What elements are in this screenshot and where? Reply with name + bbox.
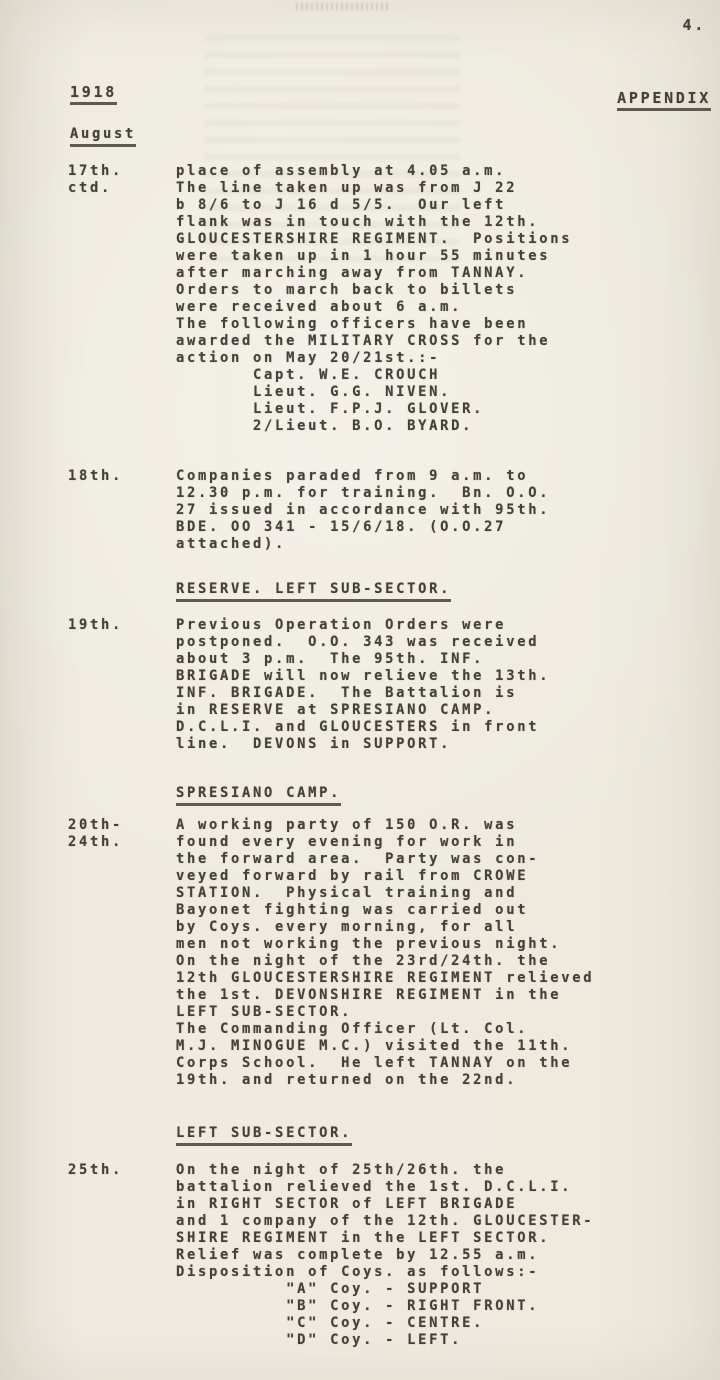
section-heading-text: LEFT SUB-SECTOR. bbox=[176, 1125, 352, 1146]
diary-entry-25th: 25th. On the night of 25th/26th. the bat… bbox=[68, 1162, 646, 1349]
section-heading-spresiano-camp: SPRESIANO CAMP. bbox=[176, 785, 341, 806]
page-number: 4. bbox=[683, 17, 706, 34]
entry-date-18th: 18th. bbox=[68, 468, 176, 485]
year-heading: 1918 bbox=[70, 84, 117, 105]
entry-body-25th: On the night of 25th/26th. the battalion… bbox=[176, 1162, 646, 1349]
entry-date-20th-24th: 20th-24th. bbox=[68, 817, 176, 851]
bleedthrough-smudge-top bbox=[296, 3, 388, 10]
appendix-heading-text: APPENDIX bbox=[617, 90, 711, 111]
diary-entry-19th: 19th. Previous Operation Orders were pos… bbox=[68, 617, 646, 753]
diary-entry-20th-24th: 20th-24th. A working party of 150 O.R. w… bbox=[68, 817, 646, 1089]
section-heading-left-sub-sector: LEFT SUB-SECTOR. bbox=[176, 1125, 352, 1146]
month-heading: August bbox=[70, 126, 136, 147]
appendix-heading: APPENDIX bbox=[617, 90, 711, 111]
month-heading-text: August bbox=[70, 126, 136, 147]
diary-entry-18th: 18th. Companies paraded from 9 a.m. to 1… bbox=[68, 468, 646, 553]
entry-body-18th: Companies paraded from 9 a.m. to 12.30 p… bbox=[176, 468, 646, 553]
entry-date-17th-ctd: 17th. ctd. bbox=[68, 163, 176, 197]
entry-body-19th: Previous Operation Orders were postponed… bbox=[176, 617, 646, 753]
war-diary-appendix-page: 4. 1918 APPENDIX August 17th. ctd. place… bbox=[0, 0, 720, 1380]
section-heading-text: SPRESIANO CAMP. bbox=[176, 785, 341, 806]
entry-body-20th-24th: A working party of 150 O.R. was found ev… bbox=[176, 817, 646, 1089]
entry-date-25th: 25th. bbox=[68, 1162, 176, 1179]
entry-body-17th-ctd: place of assembly at 4.05 a.m. The line … bbox=[176, 163, 646, 435]
section-heading-text: RESERVE. LEFT SUB-SECTOR. bbox=[176, 581, 451, 602]
entry-date-19th: 19th. bbox=[68, 617, 176, 634]
section-heading-reserve-left-sub-sector: RESERVE. LEFT SUB-SECTOR. bbox=[176, 581, 451, 602]
year-heading-text: 1918 bbox=[70, 84, 117, 105]
diary-entry-17th-ctd: 17th. ctd. place of assembly at 4.05 a.m… bbox=[68, 163, 646, 435]
